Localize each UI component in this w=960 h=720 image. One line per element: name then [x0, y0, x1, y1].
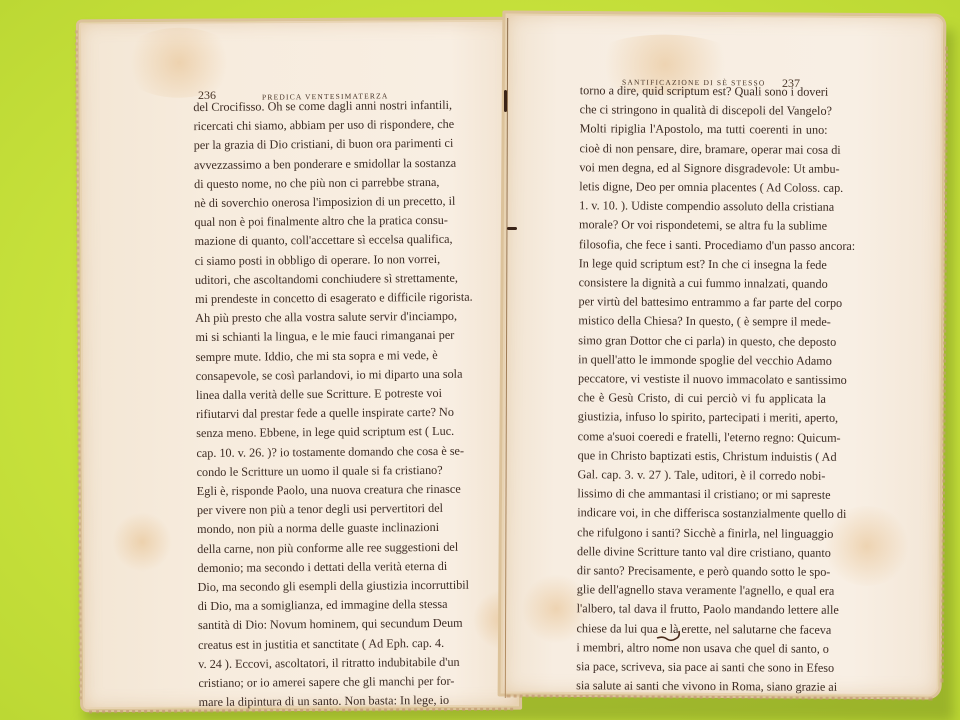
- left-page-text: del Crocifisso. Oh se come dagli anni no…: [193, 96, 440, 713]
- text-line: come a'suoi coeredi e fratelli, l'eterno…: [578, 427, 826, 448]
- deckle-edge: [75, 30, 92, 699]
- text-line: che è Gesù Cristo, di cui perciò vi fu a…: [578, 388, 826, 409]
- text-line: linea dalla verità delle sue Scritture. …: [196, 384, 438, 405]
- text-line: rifiutarvi dal prestar fede a quelle ins…: [196, 403, 438, 424]
- text-line: ricercati chi siamo, abbiam per uso di r…: [193, 115, 435, 136]
- text-line: mare la dipintura di un santo. Non basta…: [199, 691, 441, 712]
- text-line: chiese da lui qua e là erette, nel salut…: [576, 619, 824, 640]
- ink-squiggle-mark: [655, 628, 685, 644]
- text-line: di questo nome, no che più non ci parreb…: [194, 173, 436, 194]
- text-line: nè di soverchio onerosa l'imposizion di …: [194, 192, 436, 213]
- text-line: mi si schianti la lingua, e le mie fauci…: [195, 326, 437, 347]
- text-line: consistere la dignità a cui fummo innalz…: [579, 273, 827, 294]
- text-line: uditori, che ascoltandomi conchiudere sì…: [195, 269, 437, 290]
- text-line: Gal. cap. 3. v. 27 ). Tale, uditori, è i…: [577, 465, 825, 486]
- text-line: torno a dire, quid scriptum est? Quali s…: [580, 81, 828, 102]
- text-line: dir santo? Precisamente, e però quando s…: [577, 561, 825, 582]
- text-line: In lege quid scriptum est? In che ci ins…: [579, 254, 827, 275]
- text-line: mi prendeste in concetto di esagerato e …: [195, 288, 437, 309]
- text-line: senza meno. Ebbene, in lege quid scriptu…: [196, 422, 438, 443]
- text-line: mondo, non più a norma delle guaste incl…: [197, 518, 439, 539]
- text-line: per la grazia di Dio cristiani, di buon …: [194, 134, 436, 155]
- text-line: letis digne, Deo per omnia placentes ( A…: [579, 177, 827, 198]
- text-line: sempre mute. Iddio, che mi sta sopra e m…: [196, 346, 438, 367]
- text-line: ci siamo posti in obbligo di operare. Io…: [195, 250, 437, 271]
- text-line: in quell'atto le immonde spoglie del vec…: [578, 350, 826, 371]
- text-line: Ah più presto che alla vostra salute ser…: [195, 307, 437, 328]
- text-line: creatus est in justitia et sanctitate ( …: [198, 634, 440, 655]
- text-line: que in Christo baptizati estis, Christum…: [578, 446, 826, 467]
- text-line: voi men degna, ed al Signore disgradevol…: [579, 158, 827, 179]
- text-line: i membri, altro nome non usava che quel …: [576, 638, 824, 659]
- text-line: indicare voi, in che differisca sostanzi…: [577, 504, 825, 525]
- text-line: cristiano; or io amerei sapere che gli m…: [198, 672, 440, 693]
- text-line: Egli è, risponde Paolo, una nuova creatu…: [197, 480, 439, 501]
- text-line: qual non è poi finalmente altro che la p…: [194, 211, 436, 232]
- text-line: glie dell'agnello stava veramente l'agne…: [577, 581, 825, 602]
- text-line: 1. v. 10. ). Udiste compendio assoluto d…: [579, 196, 827, 217]
- text-line: giustizia, infuso lo spirito, partecipat…: [578, 408, 826, 429]
- text-line: cap. 10. v. 26. )? io tostamente domando…: [196, 442, 438, 463]
- text-line: della carne, non più conforme alle ree s…: [197, 538, 439, 559]
- foxing-stain: [112, 512, 172, 572]
- right-page-text: torno a dire, quid scriptum est? Quali s…: [576, 81, 828, 697]
- text-line: che ci stringono in qualità di discepoli…: [580, 100, 828, 121]
- text-line: delle divine Scritture tanto val dire cr…: [577, 542, 825, 563]
- text-line: simo gran Dottor che ci parla) in questo…: [578, 331, 826, 352]
- text-line: sia pace, scriveva, sia pace ai santi ch…: [576, 657, 824, 678]
- text-line: avvezzassimo a ben ponderare e smidollar…: [194, 154, 436, 175]
- text-line: peccatore, vi vestiste il nuovo immacola…: [578, 369, 826, 390]
- text-line: lissimo di che ammantasi il cristiano; o…: [577, 485, 825, 506]
- text-line: che rifulgono i santi? Sicchè a finirla,…: [577, 523, 825, 544]
- text-line: v. 24 ). Eccovi, ascoltatori, il ritratt…: [198, 653, 440, 674]
- text-line: mazione di quanto, coll'accettare sì ecc…: [194, 230, 436, 251]
- text-line: per virtù del battesimo entrammo a far p…: [578, 292, 826, 313]
- text-line: consapevole, se così parlandovi, io mi d…: [196, 365, 438, 386]
- binding-thread-mark: [504, 90, 507, 112]
- text-line: per vivere non più a tenor degli usi per…: [197, 499, 439, 520]
- foxing-stain: [119, 27, 239, 98]
- text-line: morale? Or voi rispondetemi, se altra fu…: [579, 216, 827, 237]
- text-line: Molti ripiglia l'Apostolo, ma tutti coer…: [580, 120, 828, 141]
- text-line: condo le Scritture un uomo il quale si f…: [197, 461, 439, 482]
- text-line: di Dio, ma a somiglianza, ed immagine de…: [198, 595, 440, 616]
- text-line: mistico della Chiesa? In questo, ( è sem…: [578, 312, 826, 333]
- text-line: del Crocifisso. Oh se come dagli anni no…: [193, 96, 435, 117]
- text-line: santità di Dio: Novum hominem, qui secun…: [198, 614, 440, 635]
- text-line: cioè di non pensare, dire, bramare, oper…: [579, 139, 827, 160]
- text-line: filosofia, che fece i santi. Procediamo …: [579, 235, 827, 256]
- binding-thread-mark: [507, 227, 517, 230]
- text-line: Dio, ma secondo gli esempli della giusti…: [198, 576, 440, 597]
- text-line: sia salute ai santi che vivono in Roma, …: [576, 677, 824, 698]
- text-line: demonio; ma secondo i dettati della veri…: [197, 557, 439, 578]
- text-line: l'albero, tal dava il frutto, Paolo mand…: [577, 600, 825, 621]
